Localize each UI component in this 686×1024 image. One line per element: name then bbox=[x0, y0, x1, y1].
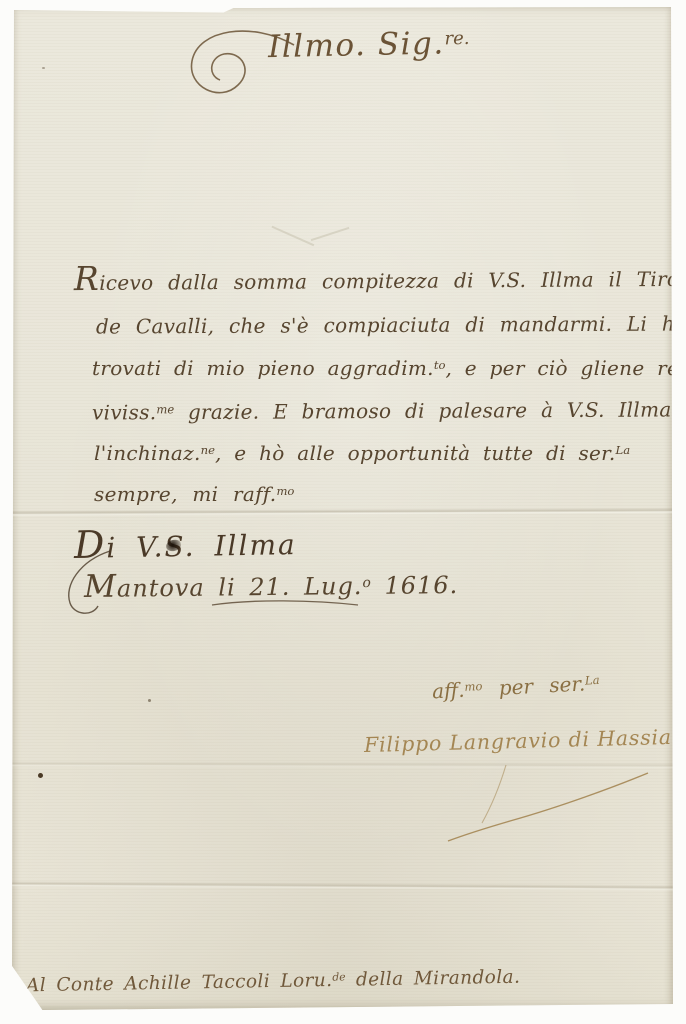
abbreviation-superscript: ne bbox=[201, 443, 215, 457]
body-line-6: sempre, mi raff.mo bbox=[94, 482, 294, 506]
abbreviation-superscript: de bbox=[332, 970, 345, 983]
dateline-year: 1616. bbox=[371, 571, 459, 600]
body-text: grazie. E bramoso di palesare à V.S. Ill… bbox=[174, 397, 671, 424]
ink-speck bbox=[38, 773, 43, 778]
body-text: trovati di mio pieno aggradim. bbox=[92, 356, 434, 380]
body-line-5: l'inchinaz.ne, e hò alle opportunità tut… bbox=[94, 441, 630, 465]
paper-fleck bbox=[42, 67, 45, 69]
body-text: l'inchinaz. bbox=[94, 441, 201, 465]
abbreviation-superscript: mo bbox=[464, 679, 483, 694]
abbreviation-superscript: o bbox=[362, 575, 371, 591]
body-text: Ricevo dalla somma compitezza di V.S. Il… bbox=[74, 267, 679, 295]
ink-speck bbox=[148, 699, 151, 702]
body-line-1: Ricevo dalla somma compitezza di V.S. Il… bbox=[74, 267, 679, 295]
valediction-text: aff. bbox=[431, 678, 465, 704]
body-text: , e hò alle opportunità tutte di ser. bbox=[215, 441, 616, 465]
abbreviation-superscript: La bbox=[616, 443, 631, 457]
salutation-superscript: re. bbox=[444, 28, 469, 50]
body-line-3: trovati di mio pieno aggradim.to, e per … bbox=[92, 356, 686, 380]
scan-background: { "letter": { "header": { "salutation_ma… bbox=[0, 0, 686, 1024]
abbreviation-superscript: La bbox=[585, 673, 600, 688]
body-line-2: de Cavalli, che s'è compiaciuta di manda… bbox=[96, 311, 686, 338]
body-text: , e per ciò gliene rendo bbox=[445, 356, 686, 380]
salutation: Illmo. Sig.re. bbox=[268, 25, 470, 65]
date-underline-flourish bbox=[210, 597, 362, 611]
abbreviation-superscript: mo bbox=[276, 484, 294, 498]
signature-flourish-ornament bbox=[442, 763, 657, 855]
abbreviation-superscript: to bbox=[434, 358, 446, 372]
body-line-4: viviss.me grazie. E bramoso di palesare … bbox=[92, 397, 672, 424]
letter-sheet: Illmo. Sig.re. Ricevo dalla somma compit… bbox=[12, 7, 673, 1010]
abbreviation-superscript: me bbox=[156, 402, 174, 416]
body-text: de Cavalli, che s'è compiaciuta di manda… bbox=[96, 311, 686, 338]
body-text: viviss. bbox=[92, 400, 157, 424]
body-text: sempre, mi raff. bbox=[94, 482, 276, 506]
address-text: della Mirandola. bbox=[345, 967, 520, 991]
salutation-text: Illmo. Sig. bbox=[268, 25, 445, 65]
